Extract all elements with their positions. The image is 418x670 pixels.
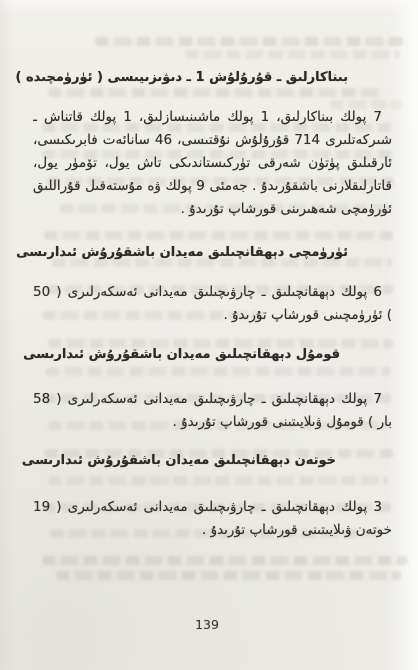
paragraph-line: 6 پولك دېھقانچىلىق ـ چارۋىچىلىق مەيدانى … — [33, 281, 392, 304]
paragraph-line: 7 پولك دېھقانچىلىق ـ چارۋىچىلىق مەيدانى … — [33, 388, 392, 411]
bleed-through-ghost-line — [48, 476, 388, 485]
page-number: 139 — [190, 617, 224, 632]
bleed-through-ghost-line — [42, 556, 408, 565]
bleed-through-ghost-line — [44, 231, 394, 240]
bleed-through-ghost-line — [46, 367, 391, 376]
paragraph-line: خوتەن ۋىلايىتىنى قورشاپ تۇرىدۇ . — [33, 519, 392, 542]
section-paragraph-qumul: 7 پولك دېھقانچىلىق ـ چارۋىچىلىق مەيدانى … — [33, 388, 392, 434]
scanned-book-page: بىناكارلىق ـ قۇرۇلۇش 1 ـ دىۋىزىيىسى ( ئۈ… — [0, 0, 418, 670]
section-heading-qumul-farm-bureau: قومۇل دېھقانچىلىق مەيدان باشقۇرۇش ئىدارى… — [23, 345, 340, 365]
paragraph-line: 7 پولك بىناكارلىق، 1 پولك ماشىنىسازلىق، … — [33, 106, 392, 129]
paragraph-line: قاتارلىقلارنى باشقۇرىدۇ . جەمئى 9 پولك ۋ… — [33, 175, 392, 198]
paragraph-line: بار ) قومۇل ۋىلايىتىنى قورشاپ تۇرىدۇ . — [33, 411, 392, 434]
paragraph-line: 3 پولك دېھقانچىلىق ـ چارۋىچىلىق مەيدانى … — [33, 496, 392, 519]
section-paragraph-urumchi: 6 پولك دېھقانچىلىق ـ چارۋىچىلىق مەيدانى … — [33, 281, 392, 327]
paragraph-line: ) ئۈرۈمچىنى قورشاپ تۇرىدۇ . — [33, 304, 392, 327]
section-heading-urumchi-farm-bureau: ئۈرۈمچى دېھقانچىلىق مەيدان باشقۇرۇش ئىدا… — [16, 243, 348, 263]
bleed-through-ghost-line — [95, 37, 405, 46]
intro-paragraph: 7 پولك بىناكارلىق، 1 پولك ماشىنىسازلىق، … — [33, 106, 392, 221]
paragraph-line: شىركەتلىرى 714 قۇرۇلۇش نۇقتىسى، 46 سانائ… — [33, 129, 392, 152]
bleed-through-ghost-line — [48, 88, 383, 97]
section-heading-khotan-farm-bureau: خوتەن دېھقانچىلىق مەيدان باشقۇرۇش ئىدارى… — [22, 451, 336, 471]
paragraph-line: ئۈرۈمچى شەھىرىنى قورشاپ تۇرىدۇ . — [33, 198, 392, 221]
section-paragraph-khotan: 3 پولك دېھقانچىلىق ـ چارۋىچىلىق مەيدانى … — [33, 496, 392, 542]
bleed-through-ghost-line — [185, 50, 400, 59]
division-heading: بىناكارلىق ـ قۇرۇلۇش 1 ـ دىۋىزىيىسى ( ئۈ… — [16, 68, 349, 88]
bleed-through-ghost-line — [56, 571, 401, 580]
paragraph-line: ئارقىلىق پۈتۈن شەرقى تۈركىستاندىكى تاش ي… — [33, 152, 392, 175]
